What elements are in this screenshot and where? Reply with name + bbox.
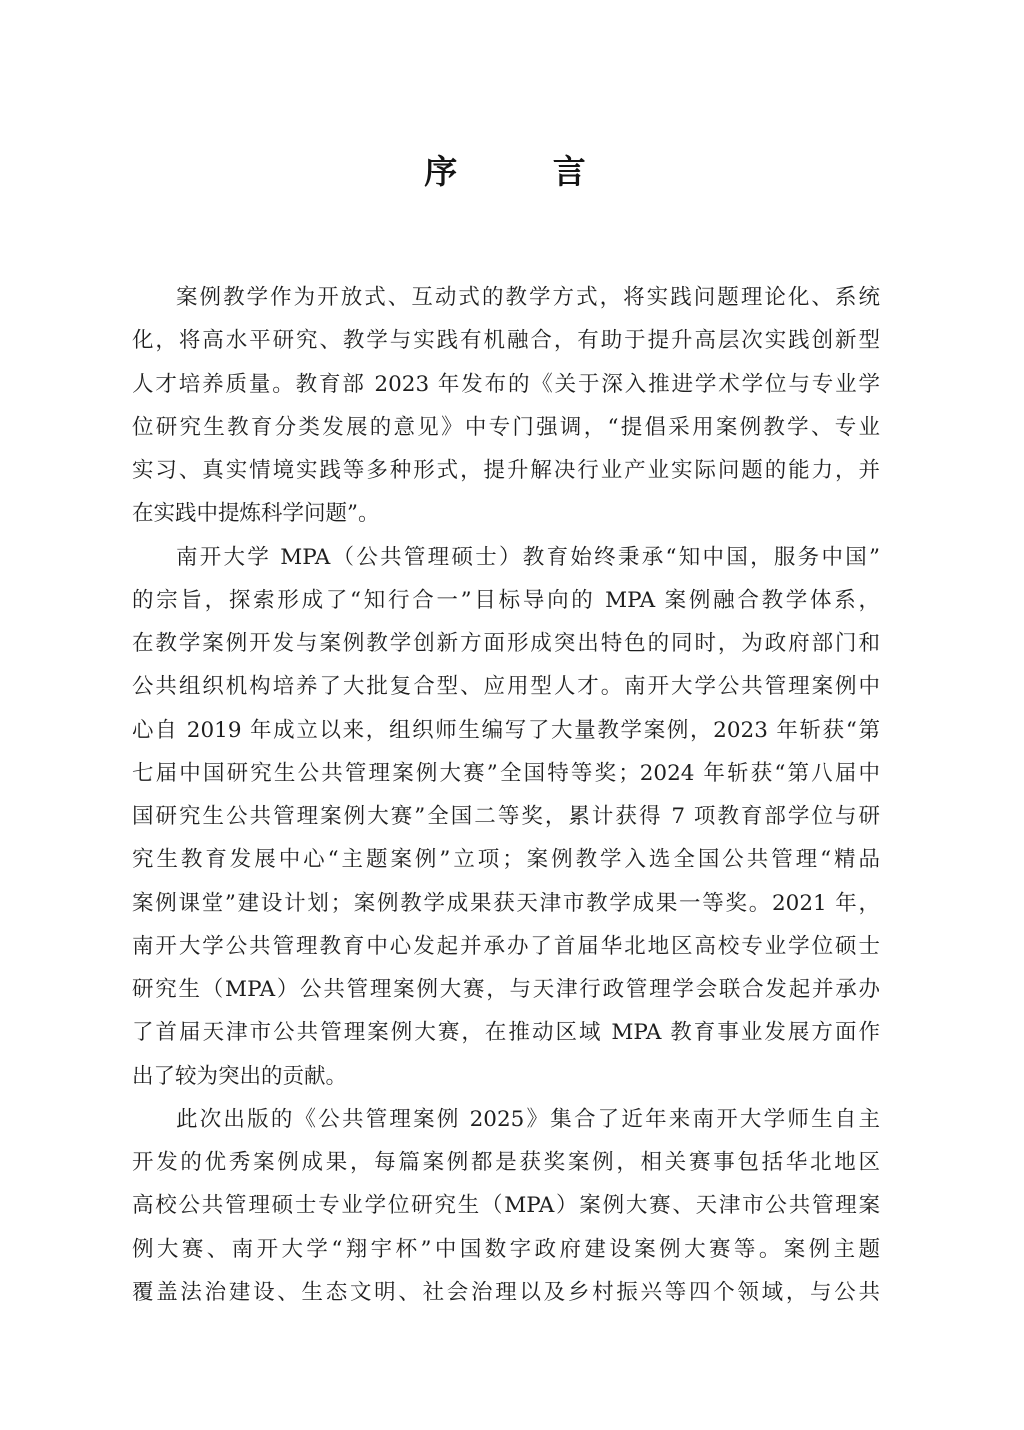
text-line: 国研究生公共管理案例大赛”全国二等奖，累计获得 7 项教育部学位与研 <box>132 795 880 838</box>
paragraph-3: 此次出版的《公共管理案例 2025》集合了近年来南开大学师生自主 开发的优秀案例… <box>132 1098 880 1314</box>
text-line: 此次出版的《公共管理案例 2025》集合了近年来南开大学师生自主 <box>132 1098 880 1141</box>
text-line: 高校公共管理硕士专业学位研究生（MPA）案例大赛、天津市公共管理案 <box>132 1184 880 1227</box>
text-line: 在教学案例开发与案例教学创新方面形成突出特色的同时，为政府部门和 <box>132 622 880 665</box>
text-line: 心自 2019 年成立以来，组织师生编写了大量教学案例，2023 年斩获“第 <box>132 709 880 752</box>
text-line: 研究生（MPA）公共管理案例大赛，与天津行政管理学会联合发起并承办 <box>132 968 880 1011</box>
paragraph-2: 南开大学 MPA（公共管理硕士）教育始终秉承“知中国，服务中国” 的宗旨，探索形… <box>132 536 880 1098</box>
text-line: 南开大学公共管理教育中心发起并承办了首届华北地区高校专业学位硕士 <box>132 925 880 968</box>
text-line: 化，将高水平研究、教学与实践有机融合，有助于提升高层次实践创新型 <box>132 319 880 362</box>
text-line: 位研究生教育分类发展的意见》中专门强调，“提倡采用案例教学、专业 <box>132 406 880 449</box>
text-line: 案例课堂”建设计划；案例教学成果获天津市教学成果一等奖。2021 年， <box>132 882 880 925</box>
text-line: 的宗旨，探索形成了“知行合一”目标导向的 MPA 案例融合教学体系， <box>132 579 880 622</box>
text-line: 开发的优秀案例成果，每篇案例都是获奖案例，相关赛事包括华北地区 <box>132 1141 880 1184</box>
text-line: 出了较为突出的贡献。 <box>132 1055 880 1098</box>
text-line: 究生教育发展中心“主题案例”立项；案例教学入选全国公共管理“精品 <box>132 838 880 881</box>
document-page: 序 言 案例教学作为开放式、互动式的教学方式，将实践问题理论化、系统 化，将高水… <box>0 0 1024 1430</box>
text-line: 南开大学 MPA（公共管理硕士）教育始终秉承“知中国，服务中国” <box>132 536 880 579</box>
text-line: 七届中国研究生公共管理案例大赛”全国特等奖；2024 年斩获“第八届中 <box>132 752 880 795</box>
paragraph-1: 案例教学作为开放式、互动式的教学方式，将实践问题理论化、系统 化，将高水平研究、… <box>132 276 880 536</box>
text-line: 人才培养质量。教育部 2023 年发布的《关于深入推进学术学位与专业学 <box>132 363 880 406</box>
text-line: 了首届天津市公共管理案例大赛，在推动区域 MPA 教育事业发展方面作 <box>132 1011 880 1054</box>
text-line: 实习、真实情境实践等多种形式，提升解决行业产业实际问题的能力，并 <box>132 449 880 492</box>
text-line: 覆盖法治建设、生态文明、社会治理以及乡村振兴等四个领域，与公共 <box>132 1271 880 1314</box>
page-title: 序 言 <box>0 150 1010 194</box>
text-line: 在实践中提炼科学问题”。 <box>132 492 880 535</box>
body-text: 案例教学作为开放式、互动式的教学方式，将实践问题理论化、系统 化，将高水平研究、… <box>132 276 880 1314</box>
text-line: 案例教学作为开放式、互动式的教学方式，将实践问题理论化、系统 <box>132 276 880 319</box>
text-line: 例大赛、南开大学“翔宇杯”中国数字政府建设案例大赛等。案例主题 <box>132 1228 880 1271</box>
text-line: 公共组织机构培养了大批复合型、应用型人才。南开大学公共管理案例中 <box>132 665 880 708</box>
